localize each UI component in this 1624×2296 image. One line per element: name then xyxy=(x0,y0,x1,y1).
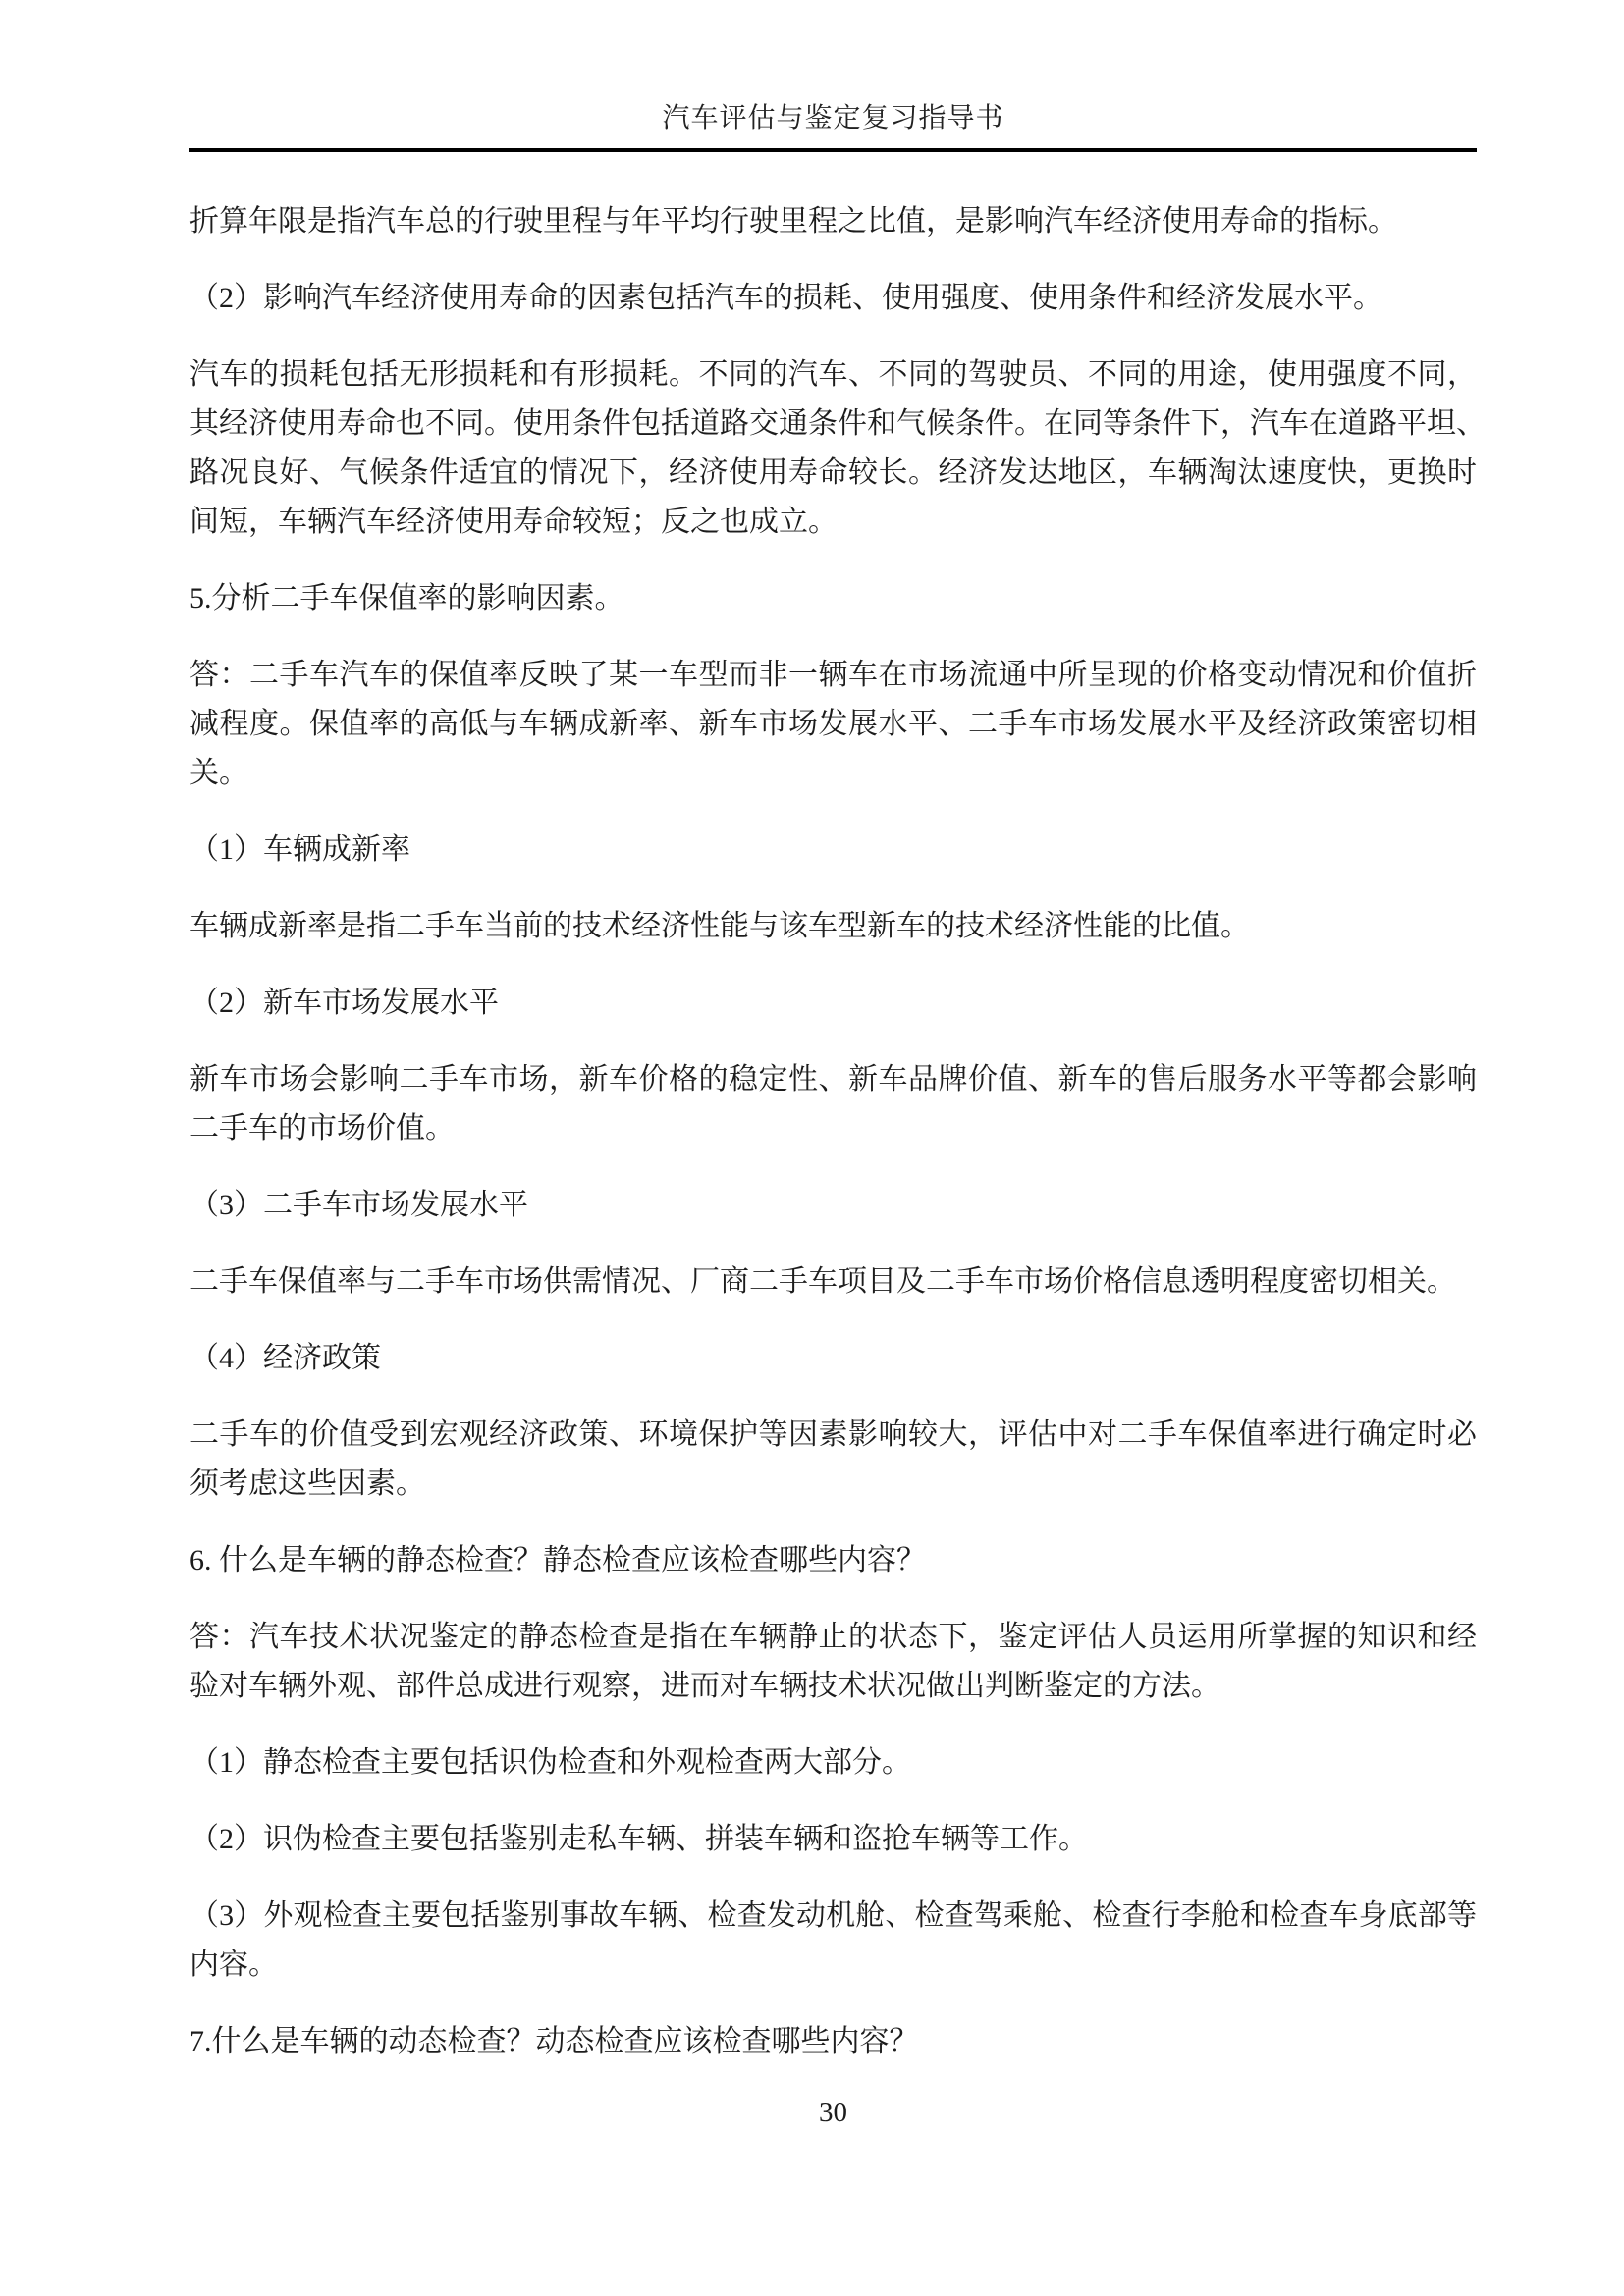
paragraph: 新车市场会影响二手车市场，新车价格的稳定性、新车品牌价值、新车的售后服务水平等都… xyxy=(189,1055,1477,1153)
text-line: （1）车辆成新率 xyxy=(189,826,1477,875)
paragraph: （3）外观检查主要包括鉴别事故车辆、检查发动机舱、检查驾乘舱、检查行李舱和检查车… xyxy=(189,1892,1477,1990)
page-header-title: 汽车评估与鉴定复习指导书 xyxy=(189,102,1477,135)
text-line: 二手车的价值受到宏观经济政策、环境保护等因素影响较大，评估中对二手车保值率进行确… xyxy=(189,1411,1477,1460)
text-line: 验对车辆外观、部件总成进行观察，进而对车辆技术状况做出判断鉴定的方法。 xyxy=(189,1662,1477,1711)
paragraph: （1）静态检查主要包括识伪检查和外观检查两大部分。 xyxy=(189,1738,1477,1788)
text-line: （3）外观检查主要包括鉴别事故车辆、检查发动机舱、检查驾乘舱、检查行李舱和检查车… xyxy=(189,1892,1477,1941)
paragraph: （1）车辆成新率 xyxy=(189,826,1477,875)
text-line: 答：二手车汽车的保值率反映了某一车型而非一辆车在市场流通中所呈现的价格变动情况和… xyxy=(189,651,1477,700)
text-line: 5.分析二手车保值率的影响因素。 xyxy=(189,574,1477,623)
text-line: 减程度。保值率的高低与车辆成新率、新车市场发展水平、二手车市场发展水平及经济政策… xyxy=(189,700,1477,749)
paragraph: （2）识伪检查主要包括鉴别走私车辆、拼装车辆和盗抢车辆等工作。 xyxy=(189,1815,1477,1864)
paragraph: 6. 什么是车辆的静态检查？静态检查应该检查哪些内容？ xyxy=(189,1536,1477,1585)
text-line: 新车市场会影响二手车市场，新车价格的稳定性、新车品牌价值、新车的售后服务水平等都… xyxy=(189,1055,1477,1104)
paragraph: 7.什么是车辆的动态检查？动态检查应该检查哪些内容？ xyxy=(189,2017,1477,2066)
paragraph: 折算年限是指汽车总的行驶里程与年平均行驶里程之比值，是影响汽车经济使用寿命的指标… xyxy=(189,197,1477,246)
text-line: 关。 xyxy=(189,749,1477,798)
text-line: （4）经济政策 xyxy=(189,1334,1477,1383)
text-line: 6. 什么是车辆的静态检查？静态检查应该检查哪些内容？ xyxy=(189,1536,1477,1585)
text-line: 车辆成新率是指二手车当前的技术经济性能与该车型新车的技术经济性能的比值。 xyxy=(189,902,1477,951)
text-line: 路况良好、气候条件适宜的情况下，经济使用寿命较长。经济发达地区，车辆淘汰速度快，… xyxy=(189,449,1477,498)
text-line: 须考虑这些因素。 xyxy=(189,1460,1477,1509)
paragraph: 答：二手车汽车的保值率反映了某一车型而非一辆车在市场流通中所呈现的价格变动情况和… xyxy=(189,651,1477,798)
paragraph: 汽车的损耗包括无形损耗和有形损耗。不同的汽车、不同的驾驶员、不同的用途，使用强度… xyxy=(189,350,1477,547)
text-line: 二手车的市场价值。 xyxy=(189,1104,1477,1153)
text-line: 其经济使用寿命也不同。使用条件包括道路交通条件和气候条件。在同等条件下，汽车在道… xyxy=(189,400,1477,449)
text-line: （2）识伪检查主要包括鉴别走私车辆、拼装车辆和盗抢车辆等工作。 xyxy=(189,1815,1477,1864)
text-line: （1）静态检查主要包括识伪检查和外观检查两大部分。 xyxy=(189,1738,1477,1788)
text-line: 折算年限是指汽车总的行驶里程与年平均行驶里程之比值，是影响汽车经济使用寿命的指标… xyxy=(189,197,1477,246)
text-line: （3）二手车市场发展水平 xyxy=(189,1181,1477,1230)
paragraph: （3）二手车市场发展水平 xyxy=(189,1181,1477,1230)
paragraph: 二手车的价值受到宏观经济政策、环境保护等因素影响较大，评估中对二手车保值率进行确… xyxy=(189,1411,1477,1509)
header-rule xyxy=(189,148,1477,152)
document-body: 折算年限是指汽车总的行驶里程与年平均行驶里程之比值，是影响汽车经济使用寿命的指标… xyxy=(189,197,1477,2066)
paragraph: 二手车保值率与二手车市场供需情况、厂商二手车项目及二手车市场价格信息透明程度密切… xyxy=(189,1257,1477,1307)
page-footer: 30 xyxy=(189,2095,1477,2130)
page-number: 30 xyxy=(819,2097,847,2128)
text-line: 7.什么是车辆的动态检查？动态检查应该检查哪些内容？ xyxy=(189,2017,1477,2066)
text-line: 间短，车辆汽车经济使用寿命较短；反之也成立。 xyxy=(189,498,1477,547)
paragraph: 5.分析二手车保值率的影响因素。 xyxy=(189,574,1477,623)
text-line: 二手车保值率与二手车市场供需情况、厂商二手车项目及二手车市场价格信息透明程度密切… xyxy=(189,1257,1477,1307)
text-line: （2）新车市场发展水平 xyxy=(189,979,1477,1028)
paragraph: 答：汽车技术状况鉴定的静态检查是指在车辆静止的状态下，鉴定评估人员运用所掌握的知… xyxy=(189,1613,1477,1711)
text-line: 汽车的损耗包括无形损耗和有形损耗。不同的汽车、不同的驾驶员、不同的用途，使用强度… xyxy=(189,350,1477,400)
text-line: 内容。 xyxy=(189,1941,1477,1990)
paragraph: 车辆成新率是指二手车当前的技术经济性能与该车型新车的技术经济性能的比值。 xyxy=(189,902,1477,951)
paragraph: （2）影响汽车经济使用寿命的因素包括汽车的损耗、使用强度、使用条件和经济发展水平… xyxy=(189,274,1477,323)
paragraph: （4）经济政策 xyxy=(189,1334,1477,1383)
document-page: 汽车评估与鉴定复习指导书 折算年限是指汽车总的行驶里程与年平均行驶里程之比值，是… xyxy=(0,0,1624,2296)
text-line: 答：汽车技术状况鉴定的静态检查是指在车辆静止的状态下，鉴定评估人员运用所掌握的知… xyxy=(189,1613,1477,1662)
paragraph: （2）新车市场发展水平 xyxy=(189,979,1477,1028)
text-line: （2）影响汽车经济使用寿命的因素包括汽车的损耗、使用强度、使用条件和经济发展水平… xyxy=(189,274,1477,323)
